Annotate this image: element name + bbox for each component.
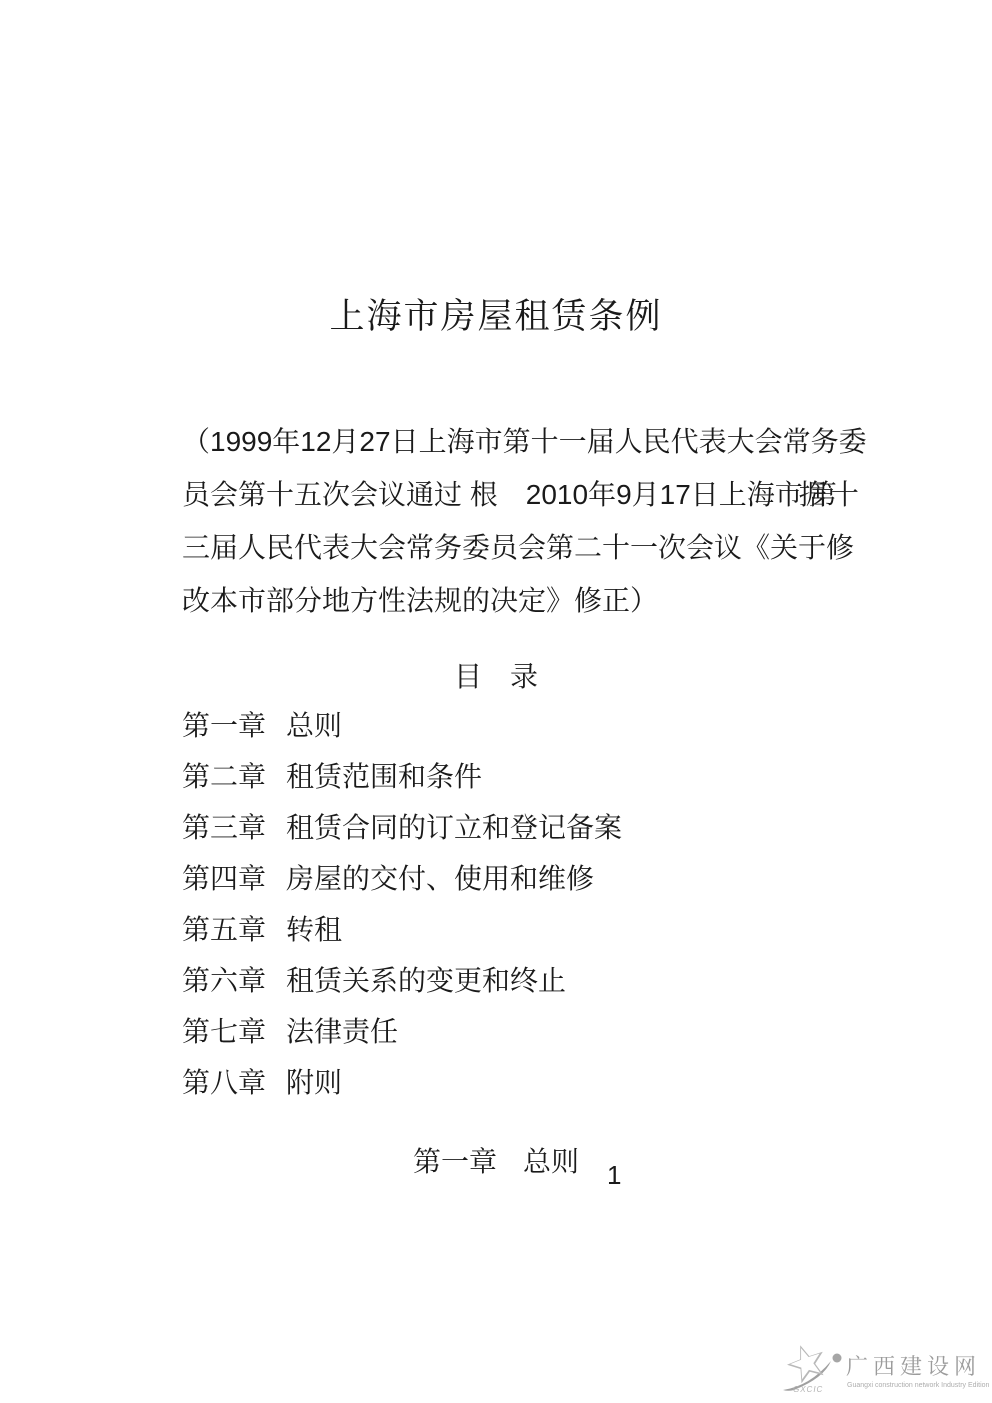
preamble-line: 员会第十五次会议通过 根 2010年9月17日上海市据第十: [182, 468, 862, 521]
logo-script-text: GXCIC: [793, 1385, 823, 1394]
overlapped-glyphs: 据第: [799, 479, 819, 510]
toc-heading: 目 录: [0, 660, 992, 694]
watermark-en-text: Guangxi construction network Industry Ed…: [847, 1382, 989, 1390]
toc-item: 第一章总则: [182, 700, 622, 751]
preamble-line: （1999年12月27日上海市第十一届人民代表大会常务委: [182, 415, 862, 468]
toc-item: 第八章附则: [182, 1057, 622, 1108]
page-number: 1: [607, 1160, 621, 1190]
toc-chapter-label: 第二章: [182, 761, 266, 792]
document-page: 上海市房屋租赁条例 （1999年12月27日上海市第十一届人民代表大会常务委 员…: [0, 0, 992, 1403]
preamble-line2-tail: 十: [831, 479, 859, 510]
toc-chapter-title: 附则: [286, 1067, 342, 1098]
section-chapter-label: 第一章: [413, 1146, 497, 1177]
toc-chapter-title: 房屋的交付、使用和维修: [286, 863, 594, 894]
toc-item: 第七章法律责任: [182, 1006, 622, 1057]
toc-item: 第三章租赁合同的订立和登记备案: [182, 802, 622, 853]
toc-chapter-title: 租赁关系的变更和终止: [286, 965, 566, 996]
toc-item: 第二章租赁范围和条件: [182, 751, 622, 802]
section-chapter-title: 总则: [523, 1146, 579, 1177]
star-logo-icon: GXCIC: [780, 1342, 844, 1396]
toc-chapter-title: 租赁合同的订立和登记备案: [286, 812, 622, 843]
toc-chapter-label: 第七章: [182, 1016, 266, 1047]
watermark: GXCIC 广西建设网 Guangxi construction network…: [780, 1340, 988, 1398]
preamble-line: 改本市部分地方性法规的决定》修正）: [182, 574, 862, 627]
document-title: 上海市房屋租赁条例: [0, 296, 992, 338]
section-heading: 第一章总则: [0, 1145, 992, 1179]
preamble-paragraph: （1999年12月27日上海市第十一届人民代表大会常务委 员会第十五次会议通过 …: [182, 415, 862, 627]
toc-chapter-title: 总则: [286, 710, 342, 741]
watermark-cn-text: 广西建设网: [846, 1355, 981, 1379]
toc-chapter-label: 第四章: [182, 863, 266, 894]
logo-ball-icon: [833, 1354, 842, 1363]
toc-item: 第六章租赁关系的变更和终止: [182, 955, 622, 1006]
toc-item: 第四章房屋的交付、使用和维修: [182, 853, 622, 904]
toc-item: 第五章转租: [182, 904, 622, 955]
toc-chapter-label: 第三章: [182, 812, 266, 843]
toc-chapter-title: 转租: [286, 914, 342, 945]
toc-chapter-label: 第五章: [182, 914, 266, 945]
toc-chapter-title: 租赁范围和条件: [286, 761, 482, 792]
toc-chapter-title: 法律责任: [286, 1016, 398, 1047]
toc-list: 第一章总则 第二章租赁范围和条件 第三章租赁合同的订立和登记备案 第四章房屋的交…: [182, 700, 622, 1108]
preamble-line2-text: 员会第十五次会议通过 根 2010年9月17日上海市: [182, 479, 803, 510]
toc-chapter-label: 第一章: [182, 710, 266, 741]
preamble-line: 三届人民代表大会常务委员会第二十一次会议《关于修: [182, 521, 862, 574]
toc-chapter-label: 第八章: [182, 1067, 266, 1098]
toc-chapter-label: 第六章: [182, 965, 266, 996]
